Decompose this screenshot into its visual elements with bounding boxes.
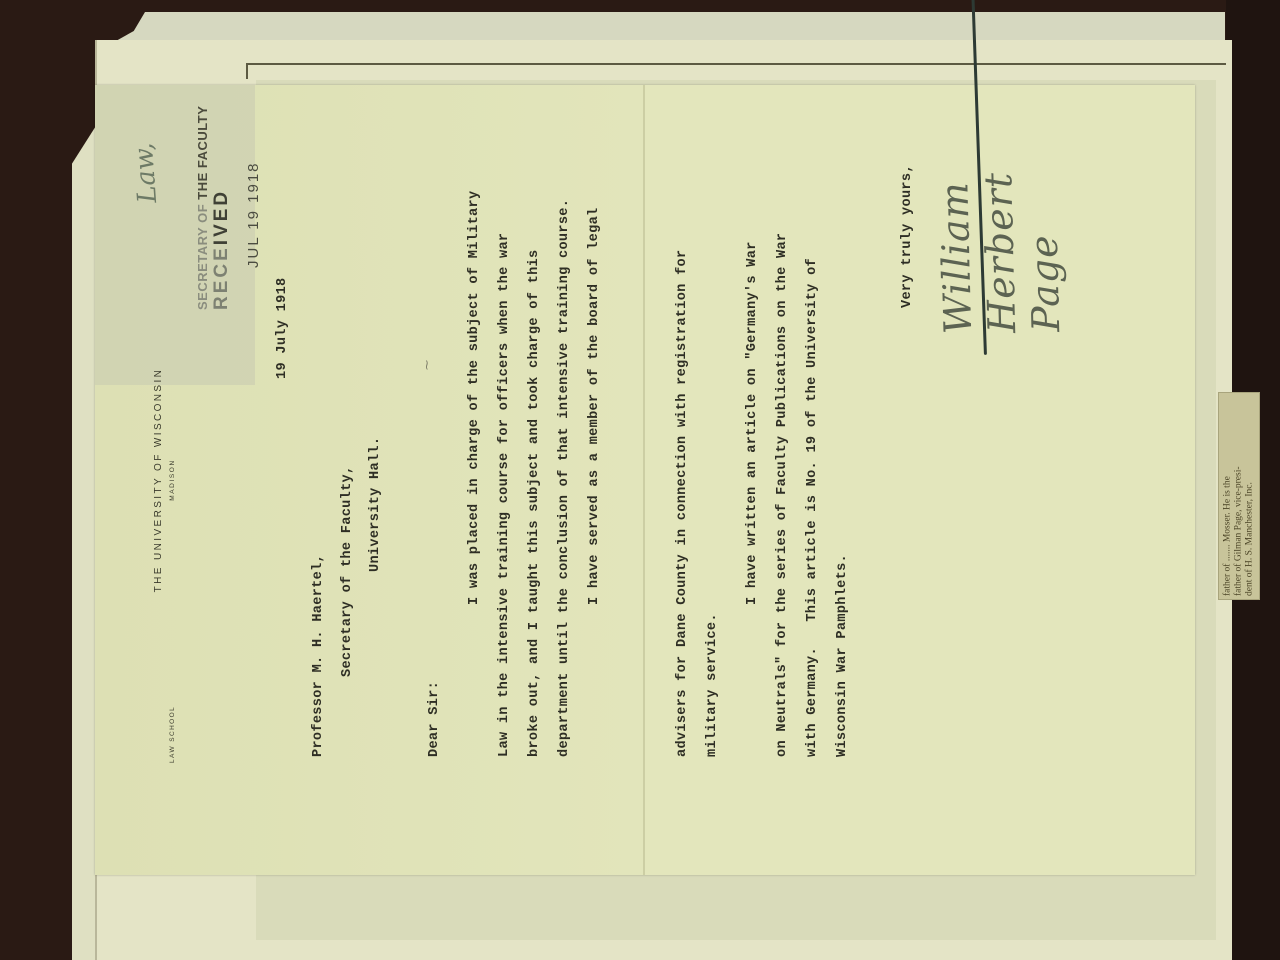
body-line: I was placed in charge of the subject of… [467,191,482,605]
addressee-location: University Hall. [368,437,383,572]
stamp-received-dark: IVED [211,189,232,245]
body-line: advisers for Dane County in connection w… [675,250,690,757]
body-line: Law in the intensive training course for… [497,233,512,757]
fold-crease [643,85,645,875]
salutation: Dear Sir: [427,681,442,757]
addressee-title: Secretary of the Faculty, [340,466,355,677]
stamp-received-faded: RECE [211,245,232,310]
stamp-received: RECEIVED [211,106,233,310]
body-line: military service. [705,613,720,757]
body-line: on Neutrals" for the series of Faculty P… [775,233,790,757]
newspaper-clipping: father of ....... Mosser. He is the fath… [1218,392,1260,600]
letter-date: 19 July 1918 [275,278,290,380]
body-line: with Germany. This article is No. 19 of … [805,258,820,757]
typed-letter: THE UNIVERSITY OF WISCONSIN MADISON LAW … [95,85,1195,875]
body-line: broke out, and I taught this subject and… [527,250,542,757]
letterhead-department: LAW SCHOOL [169,706,176,763]
handwritten-annotation: Law, [129,142,163,204]
stamp-office: SECRETARY OF THE FACULTY [195,106,210,310]
received-stamp: SECRETARY OF THE FACULTY RECEIVED JUL 19… [195,106,262,310]
underlying-sheet-border [246,63,1226,65]
ink-smudge: ⁓ [422,360,434,370]
underlying-sheet-border-corner [246,63,248,79]
stamp-office-faded: SECRETARY OF [195,204,210,310]
closing: Very truly yours, [900,164,915,308]
stamp-date: JUL 19 1918 [245,106,262,268]
addressee-name: Professor M. H. Haertel, [311,554,326,757]
signature: William Herbert Page [930,83,1068,334]
clipping-text: father of ....... Mosser. He is the fath… [1223,396,1256,596]
letterhead-institution: THE UNIVERSITY OF WISCONSIN [153,85,164,875]
body-line: I have written an article on "Germany's … [745,241,760,605]
body-line: Wisconsin War Pamphlets. [835,554,850,757]
body-line: department until the conclusion of that … [557,199,572,757]
body-line: I have served as a member of the board o… [587,207,602,605]
stamp-office-dark: THE FACULTY [195,106,210,204]
